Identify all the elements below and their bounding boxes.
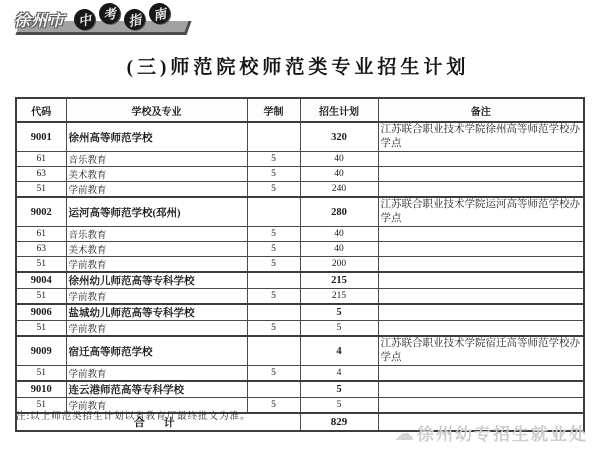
table-row: 61音乐教育540 [16,152,584,167]
cell-plan: 40 [300,227,378,242]
cell-remark [378,304,584,321]
cell-remark: 江苏联合职业技术学院宿迁高等师范学校办学点 [378,336,584,366]
table-row: 9010连云港师范高等专科学校5 [16,381,584,398]
table-row: 51学前教育5200 [16,257,584,273]
cell-name: 宿迁高等师范学校 [66,336,247,366]
cell-code: 51 [16,366,66,382]
cell-plan: 5 [300,304,378,321]
cell-code: 9009 [16,336,66,366]
cell-plan: 215 [300,289,378,305]
cell-duration [247,197,300,227]
table-row: 61音乐教育540 [16,227,584,242]
cell-duration [247,304,300,321]
cell-plan: 40 [300,152,378,167]
cell-remark [378,321,584,337]
cell-duration [247,272,300,289]
watermark: ☁ 徐州幼专招生就业处 [394,420,588,445]
page-title: (三)师范院校师范类专业招生计划 [0,52,596,79]
cell-name: 学前教育 [66,321,247,337]
cell-remark [378,227,584,242]
cell-code: 61 [16,152,66,167]
header-plan: 招生计划 [300,98,378,122]
cell-name: 美术教育 [66,242,247,257]
cell-duration: 5 [247,321,300,337]
cell-plan: 40 [300,167,378,182]
cell-remark [378,242,584,257]
cell-plan: 5 [300,321,378,337]
cell-remark [378,289,584,305]
table-row: 51学前教育54 [16,366,584,382]
cell-duration: 5 [247,152,300,167]
cell-code: 51 [16,257,66,273]
cell-plan: 240 [300,182,378,198]
logo-badge-icon: 指 [122,7,147,32]
logo-badge-icon: 中 [72,7,97,32]
logo-badges: 中 考 指 南 [74,5,170,30]
logo-city-text: 徐州市 [14,8,65,31]
cell-remark [378,152,584,167]
table-row: 9009宿迁高等师范学校4江苏联合职业技术学院宿迁高等师范学校办学点 [16,336,584,366]
cell-duration: 5 [247,167,300,182]
cell-code: 51 [16,182,66,198]
footnote: 注:以上师范类招生计划以省教育厅最终批文为准。 [16,408,251,422]
cell-duration: 5 [247,366,300,382]
cell-remark: 江苏联合职业技术学院徐州高等师范学校办学点 [378,122,584,152]
cell-code: 9002 [16,197,66,227]
site-logo: 徐州市 中 考 指 南 [14,5,199,39]
cell-name: 音乐教育 [66,227,247,242]
header-code: 代码 [16,98,66,122]
cell-plan: 5 [300,381,378,398]
cell-plan: 4 [300,366,378,382]
cell-plan: 200 [300,257,378,273]
cell-duration [247,336,300,366]
cell-name: 盐城幼儿师范高等专科学校 [66,304,247,321]
table-row: 9006盐城幼儿师范高等专科学校5 [16,304,584,321]
cell-plan: 280 [300,197,378,227]
logo-badge-icon: 南 [147,1,172,26]
cell-code: 51 [16,289,66,305]
header-duration: 学制 [247,98,300,122]
table-row: 63美术教育540 [16,242,584,257]
cell-name: 连云港师范高等专科学校 [66,381,247,398]
cell-name: 美术教育 [66,167,247,182]
cell-remark [378,182,584,198]
cell-name: 音乐教育 [66,152,247,167]
table-row: 63美术教育540 [16,167,584,182]
cell-remark [378,167,584,182]
cell-name: 学前教育 [66,257,247,273]
cell-duration [247,122,300,152]
cell-remark [378,272,584,289]
table-row: 51学前教育5215 [16,289,584,305]
cell-remark [378,381,584,398]
cell-code: 9010 [16,381,66,398]
total-plan-value: 829 [300,413,378,431]
cell-plan: 215 [300,272,378,289]
header-school-major: 学校及专业 [66,98,247,122]
table-header-row: 代码 学校及专业 学制 招生计划 备注 [16,98,584,122]
cell-code: 9001 [16,122,66,152]
cell-remark [378,257,584,273]
header-remark: 备注 [378,98,584,122]
table-row: 9004徐州幼儿师范高等专科学校215 [16,272,584,289]
cell-code: 63 [16,167,66,182]
cell-name: 徐州高等师范学校 [66,122,247,152]
cell-code: 51 [16,321,66,337]
cell-remark: 江苏联合职业技术学院运河高等师范学校办学点 [378,197,584,227]
cell-name: 运河高等师范学校(邳州) [66,197,247,227]
cell-plan: 320 [300,122,378,152]
logo-badge-icon: 考 [97,1,122,26]
cloud-logo-icon: ☁ [394,423,414,443]
cell-code: 63 [16,242,66,257]
table-row: 51学前教育55 [16,321,584,337]
cell-plan: 40 [300,242,378,257]
cell-code: 61 [16,227,66,242]
cell-name: 学前教育 [66,366,247,382]
table-row: 9001徐州高等师范学校320江苏联合职业技术学院徐州高等师范学校办学点 [16,122,584,152]
cell-duration [247,381,300,398]
cell-duration: 5 [247,242,300,257]
enrollment-table: 代码 学校及专业 学制 招生计划 备注 9001徐州高等师范学校320江苏联合职… [15,97,585,432]
watermark-text: 徐州幼专招生就业处 [417,420,588,445]
cell-remark [378,366,584,382]
cell-duration: 5 [247,227,300,242]
cell-duration: 5 [247,182,300,198]
cell-code: 9006 [16,304,66,321]
cell-plan: 4 [300,336,378,366]
cell-name: 学前教育 [66,182,247,198]
cell-duration: 5 [247,398,300,414]
cell-remark [378,398,584,414]
cell-duration: 5 [247,289,300,305]
cell-name: 学前教育 [66,289,247,305]
cell-plan: 5 [300,398,378,414]
cell-name: 徐州幼儿师范高等专科学校 [66,272,247,289]
cell-code: 9004 [16,272,66,289]
table-row: 9002运河高等师范学校(邳州)280江苏联合职业技术学院运河高等师范学校办学点 [16,197,584,227]
table-row: 51学前教育5240 [16,182,584,198]
cell-duration: 5 [247,257,300,273]
